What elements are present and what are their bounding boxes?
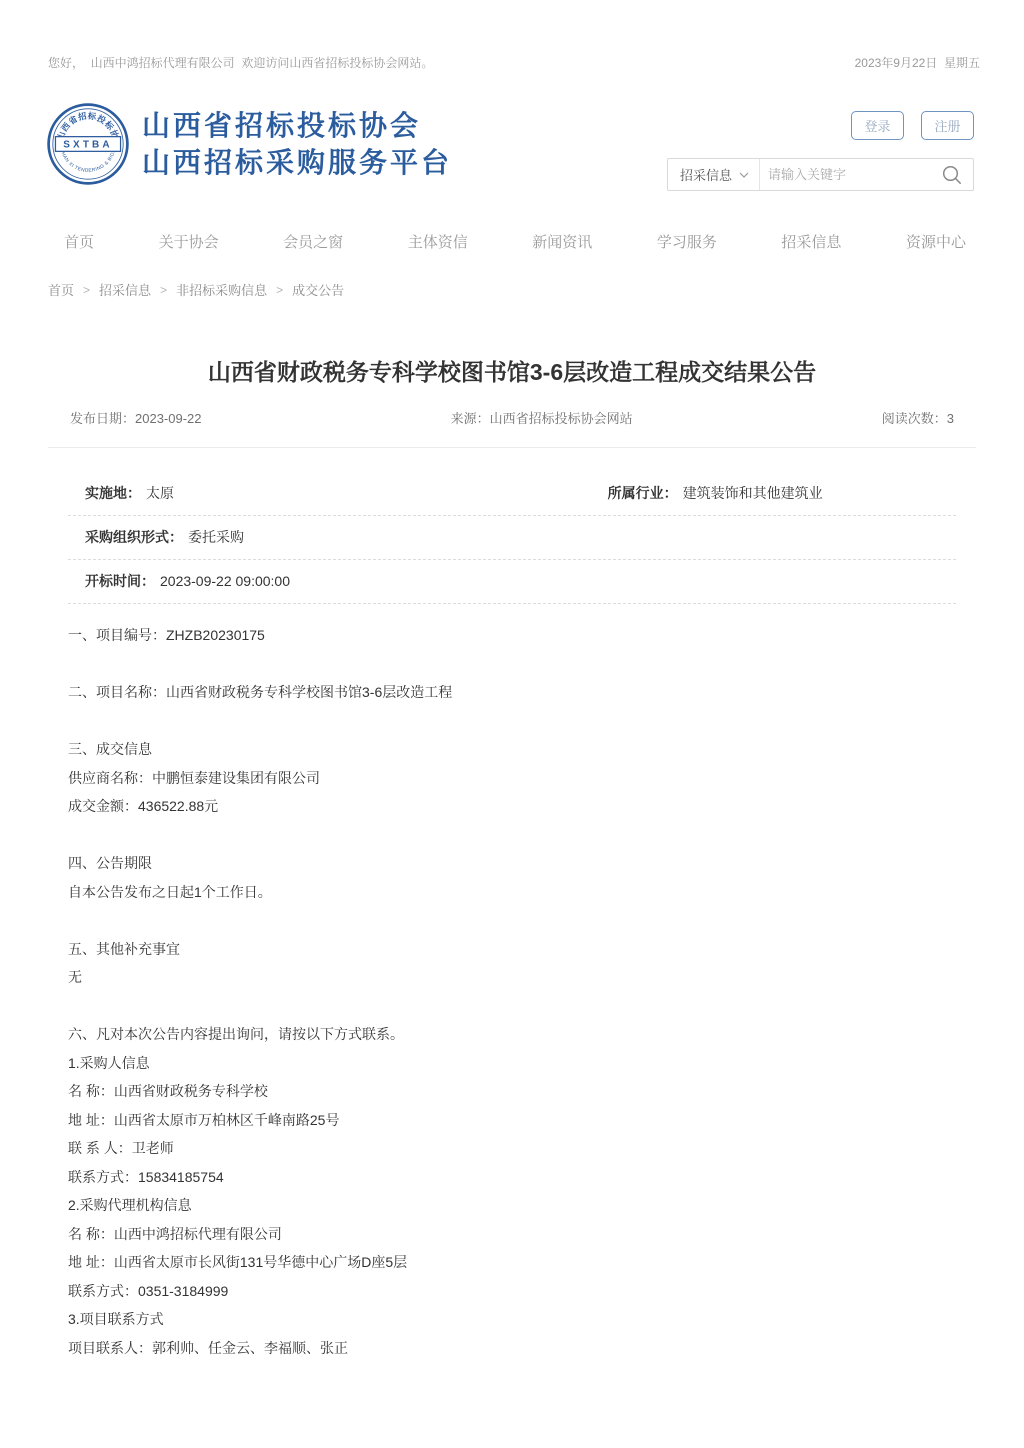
article-body: 一、项目编号：ZHZB20230175 二、项目名称：山西省财政税务专科学校图书… (68, 621, 956, 1362)
source: 来源：山西省招标投标协会网站 (451, 408, 633, 427)
info-row-location-industry: 实施地：太原 所属行业：建筑装饰和其他建筑业 (68, 472, 956, 516)
emblem-badge-text: SXTBA (63, 140, 113, 151)
source-value: 山西省招标投标协会网站 (490, 411, 633, 426)
breadcrumb: 首页 > 招采信息 > 非招标采购信息 > 成交公告 (48, 280, 344, 299)
info-label: 实施地： (85, 485, 141, 501)
article-paragraph: 成交金额：436522.88元 (68, 792, 956, 821)
article-paragraph: 六、凡对本次公告内容提出询问，请按以下方式联系。 (68, 1020, 956, 1049)
article-paragraph: 无 (68, 963, 956, 992)
info-label: 采购组织形式： (85, 529, 183, 545)
article-paragraph: 名 称：山西中鸿招标代理有限公司 (68, 1220, 956, 1249)
article-paragraph: 四、公告期限 (68, 849, 956, 878)
article-paragraph: 名 称：山西省财政税务专科学校 (68, 1077, 956, 1106)
nav-item-about[interactable]: 关于协会 (159, 231, 219, 252)
info-value: 委托采购 (188, 529, 244, 545)
article-paragraph: 1.采购人信息 (68, 1049, 956, 1078)
article-paragraph: 二、项目名称：山西省财政税务专科学校图书馆3-6层改造工程 (68, 678, 956, 707)
search-icon (941, 164, 963, 186)
info-value: 2023-09-22 09:00:00 (160, 573, 290, 589)
breadcrumb-separator: > (160, 283, 167, 297)
breadcrumb-procurement-info[interactable]: 招采信息 (99, 280, 151, 299)
topbar-date: 2023年9月22日 星期五 (855, 54, 980, 71)
article-paragraph: 三、成交信息 (68, 735, 956, 764)
view-count-value: 3 (947, 411, 954, 426)
register-button[interactable]: 注册 (921, 111, 974, 140)
topbar: 您好， 山西中鸿招标代理有限公司 欢迎访问山西省招标投标协会网站。 2023年9… (48, 54, 980, 71)
nav-item-procurement[interactable]: 招采信息 (781, 231, 841, 252)
view-count-label: 阅读次数： (882, 411, 947, 426)
article-paragraph (68, 650, 956, 679)
article-paragraph: 项目联系人：郭利帅、任金云、李福顺、张正 (68, 1334, 956, 1363)
search-category-label: 招采信息 (680, 165, 732, 184)
chevron-down-icon (739, 172, 749, 178)
publish-date-value: 2023-09-22 (135, 411, 202, 426)
info-cell-bid-opening-time: 开标时间：2023-09-22 09:00:00 (85, 572, 956, 591)
search-category-select[interactable]: 招采信息 (668, 159, 760, 190)
article: 山西省财政税务专科学校图书馆3-6层改造工程成交结果公告 发布日期：2023-0… (48, 338, 976, 1362)
info-cell-location: 实施地：太原 (85, 484, 608, 503)
info-row-bid-opening-time: 开标时间：2023-09-22 09:00:00 (68, 560, 956, 604)
nav-item-members[interactable]: 会员之窗 (283, 231, 343, 252)
article-paragraph: 地 址：山西省太原市万柏林区千峰南路25号 (68, 1106, 956, 1135)
article-paragraph: 3.项目联系方式 (68, 1305, 956, 1334)
page-title: 山西省财政税务专科学校图书馆3-6层改造工程成交结果公告 (48, 354, 976, 387)
article-meta: 发布日期：2023-09-22 来源：山西省招标投标协会网站 阅读次数：3 (48, 408, 976, 427)
info-label: 所属行业： (608, 485, 678, 501)
breadcrumb-separator: > (83, 283, 90, 297)
breadcrumb-home[interactable]: 首页 (48, 280, 74, 299)
divider (48, 447, 976, 448)
article-paragraph (68, 821, 956, 850)
article-paragraph: 联 系 人：卫老师 (68, 1134, 956, 1163)
info-label: 开标时间： (85, 573, 155, 589)
article-paragraph: 联系方式：15834185754 (68, 1163, 956, 1192)
info-cell-procurement-form: 采购组织形式：委托采购 (85, 528, 956, 547)
nav-item-news[interactable]: 新闻资讯 (532, 231, 592, 252)
article-paragraph: 地 址：山西省太原市长风街131号华德中心广场D座5层 (68, 1248, 956, 1277)
site-title: 山西省招标投标协会 山西招标采购服务平台 (142, 107, 452, 181)
search-input[interactable] (760, 159, 931, 190)
breadcrumb-award-notice[interactable]: 成交公告 (292, 280, 344, 299)
info-value: 太原 (146, 485, 174, 501)
publish-date-label: 发布日期： (70, 411, 135, 426)
article-paragraph: 一、项目编号：ZHZB20230175 (68, 621, 956, 650)
source-label: 来源： (451, 411, 490, 426)
auth-buttons: 登录 注册 (851, 111, 974, 140)
info-row-procurement-form: 采购组织形式：委托采购 (68, 516, 956, 560)
nav-item-home[interactable]: 首页 (64, 231, 94, 252)
page: 您好， 山西中鸿招标代理有限公司 欢迎访问山西省招标投标协会网站。 2023年9… (0, 0, 1024, 1448)
site-title-line1: 山西省招标投标协会 (142, 107, 452, 144)
article-paragraph: 供应商名称：中鹏恒泰建设集团有限公司 (68, 764, 956, 793)
view-count: 阅读次数：3 (882, 408, 954, 427)
article-paragraph: 五、其他补充事宜 (68, 935, 956, 964)
search-bar: 招采信息 (667, 158, 974, 191)
info-cell-industry: 所属行业：建筑装饰和其他建筑业 (608, 484, 956, 503)
info-table: 实施地：太原 所属行业：建筑装饰和其他建筑业 采购组织形式：委托采购 开标时间：… (68, 472, 956, 604)
breadcrumb-separator: > (276, 283, 283, 297)
article-paragraph (68, 707, 956, 736)
site-logo[interactable]: 山西省招标投标协会 SHAN XI TENDERING & BIDDING SX… (46, 102, 452, 186)
nav-item-credit[interactable]: 主体资信 (408, 231, 468, 252)
info-value: 建筑装饰和其他建筑业 (683, 485, 823, 501)
topbar-greeting: 您好， 山西中鸿招标代理有限公司 欢迎访问山西省招标投标协会网站。 (48, 54, 433, 71)
site-title-line2: 山西招标采购服务平台 (142, 144, 452, 181)
article-paragraph: 2.采购代理机构信息 (68, 1191, 956, 1220)
publish-date: 发布日期：2023-09-22 (70, 408, 202, 427)
search-button[interactable] (931, 159, 973, 190)
article-paragraph: 自本公告发布之日起1个工作日。 (68, 878, 956, 907)
main-nav: 首页 关于协会 会员之窗 主体资信 新闻资讯 学习服务 招采信息 资源中心 (64, 231, 966, 252)
nav-item-resources[interactable]: 资源中心 (906, 231, 966, 252)
article-paragraph (68, 906, 956, 935)
nav-item-learning[interactable]: 学习服务 (657, 231, 717, 252)
article-paragraph: 联系方式：0351-3184999 (68, 1277, 956, 1306)
article-paragraph (68, 992, 956, 1021)
login-button[interactable]: 登录 (851, 111, 904, 140)
association-emblem-icon: 山西省招标投标协会 SHAN XI TENDERING & BIDDING SX… (46, 102, 130, 186)
breadcrumb-nonbid-info[interactable]: 非招标采购信息 (176, 280, 267, 299)
